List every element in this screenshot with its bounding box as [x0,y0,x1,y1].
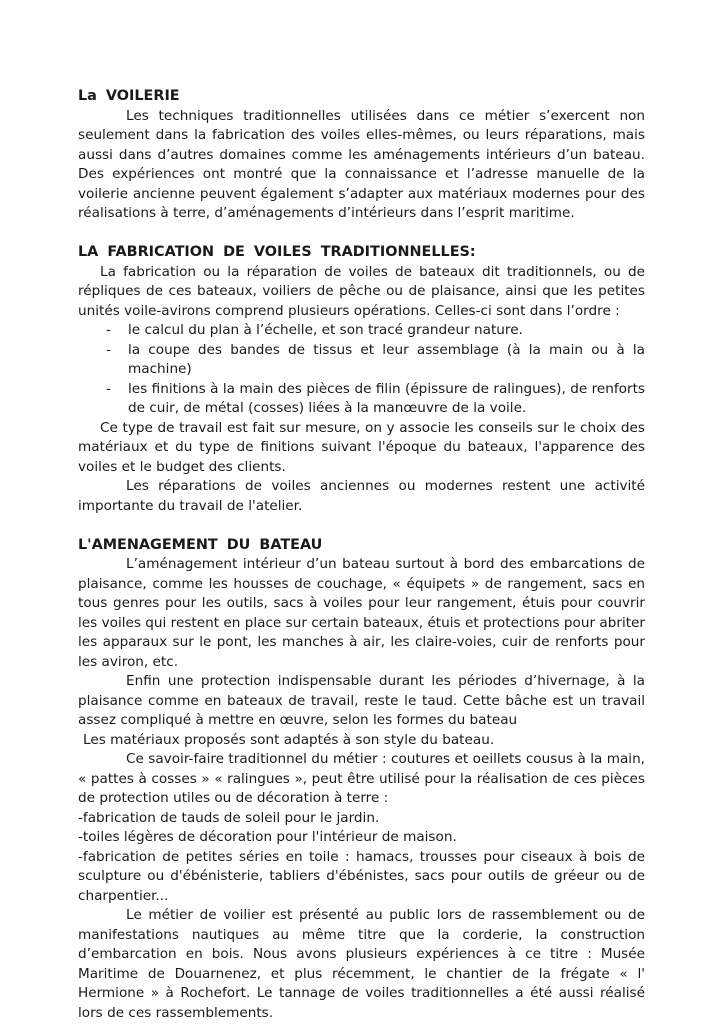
section-amenagement: L'AMENAGEMENT DU BATEAU L’aménagement in… [78,536,645,1024]
voilerie-intro-paragraph: Les techniques traditionnelles utilisées… [78,107,645,224]
list-item-text: la coupe des bandes de tissus et leur as… [128,342,645,378]
section-fabrication: LA FABRICATION DE VOILES TRADITIONNELLES… [78,243,645,516]
amenagement-item-toiles-decoration: -toiles légères de décoration pour l'int… [78,828,645,848]
section-fabrication-heading: LA FABRICATION DE VOILES TRADITIONNELLES… [78,243,645,263]
dash-bullet-icon: - [106,341,111,361]
amenagement-item-petites-series: -fabrication de petites séries en toile … [78,848,645,907]
amenagement-paragraph-interieur: L’aménagement intérieur d’un bateau surt… [78,555,645,672]
fabrication-paragraph-reparations: Les réparations de voiles anciennes ou m… [78,477,645,516]
list-item-text: le calcul du plan à l’échelle, et son tr… [128,322,523,338]
list-item-text: les finitions à la main des pièces de fi… [128,381,645,417]
dash-bullet-icon: - [106,380,111,400]
dash-bullet-icon: - [106,321,111,341]
amenagement-paragraph-taud: Enfin une protection indispensable duran… [78,672,645,731]
list-item: - le calcul du plan à l’échelle, et son … [128,321,645,341]
amenagement-paragraph-materiaux: Les matériaux proposés sont adaptés à so… [78,731,645,751]
list-item: - la coupe des bandes de tissus et leur … [128,341,645,380]
list-item: - les finitions à la main des pièces de … [128,380,645,419]
operations-list: - le calcul du plan à l’échelle, et son … [78,321,645,419]
section-voilerie: La VOILERIE Les techniques traditionnell… [78,87,645,224]
fabrication-intro-paragraph: La fabrication ou la réparation de voile… [78,263,645,322]
amenagement-paragraph-metier-public: Le métier de voilier est présenté au pub… [78,906,645,1023]
document-page: La VOILERIE Les techniques traditionnell… [0,0,724,1024]
section-amenagement-heading: L'AMENAGEMENT DU BATEAU [78,536,645,556]
amenagement-item-tauds-jardin: -fabrication de tauds de soleil pour le … [78,809,645,829]
amenagement-paragraph-savoirfaire: Ce savoir-faire traditionnel du métier :… [78,750,645,809]
section-voilerie-heading: La VOILERIE [78,87,645,107]
fabrication-paragraph-surmesure: Ce type de travail est fait sur mesure, … [78,419,645,478]
